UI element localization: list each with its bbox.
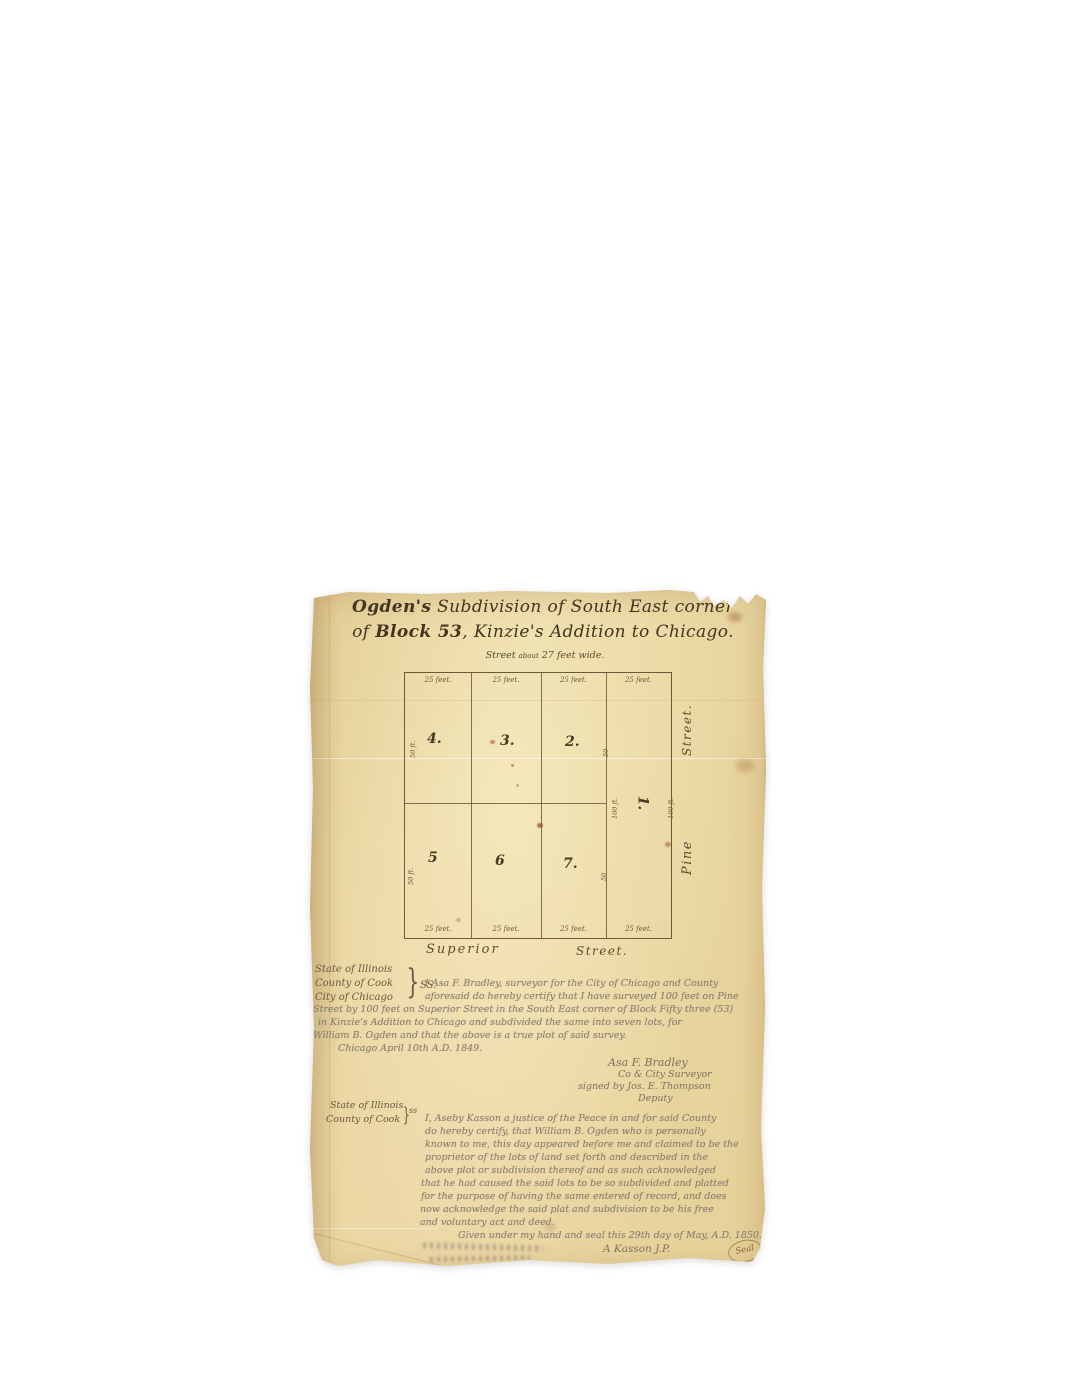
lot-depth-label: 50 ft.	[409, 741, 417, 758]
superior-street-word: Street.	[576, 944, 628, 958]
bleed-through-stamp	[430, 1255, 530, 1262]
lot-number-1: 1.	[634, 796, 650, 811]
title-ogdens: Ogden's	[352, 597, 431, 617]
certificate-text-line: for the purpose of having the same enter…	[421, 1191, 727, 1202]
surveyor-title: Co & City Surveyor	[618, 1069, 712, 1080]
title-line1-rest: Subdivision of South East corner	[437, 597, 734, 617]
certificate-text-line: that he had caused the said lots to be s…	[421, 1178, 729, 1189]
document-paper: Ogden's Subdivision of South East corner…	[308, 588, 766, 1275]
certificate-dateline: Given under my hand and seal this 29th d…	[458, 1230, 762, 1241]
ss-abbrev-2: ss	[409, 1106, 417, 1115]
title-of: of	[352, 622, 369, 642]
lot-number-2: 2.	[565, 734, 580, 750]
lot-number-6: 6	[495, 853, 505, 869]
certificate-text-line: do hereby certify, that William B. Ogden…	[425, 1126, 706, 1137]
lot-width-label: 25 feet.	[405, 676, 471, 684]
lot1-depth-label: 100 ft.	[667, 797, 675, 819]
lot-depth-label: 50 ft.	[407, 868, 415, 885]
justice-signature: A Kasson J.P.	[603, 1243, 670, 1255]
deputy-title: Deputy	[638, 1093, 673, 1104]
title-line2-rest: , Kinzie's Addition to Chicago.	[462, 622, 734, 642]
lot-width-label: 25 feet.	[606, 676, 671, 684]
jurisdiction-city: City of Chicago	[315, 992, 393, 1003]
north-street-label: Street about 27 feet wide.	[425, 650, 665, 661]
superior-street-label: Superior	[426, 942, 500, 957]
certificate-text-line: Street by 100 feet on Superior Street in…	[313, 1004, 733, 1015]
lot1-depth-label: 100 ft.	[611, 797, 619, 819]
width-note: 27 feet wide.	[542, 650, 605, 661]
deputy-signature: signed by Jos. E. Thompson	[578, 1081, 711, 1092]
lot-number-4: 4.	[427, 731, 442, 747]
certificate-text-line: I Asa F. Bradley, surveyor for the City …	[425, 978, 718, 989]
lot-width-label: 25 feet.	[471, 925, 541, 933]
scan-background: Ogden's Subdivision of South East corner…	[0, 0, 1071, 1386]
about-word: about	[519, 652, 539, 660]
document-title: Ogden's Subdivision of South East corner…	[338, 597, 748, 642]
jurisdiction-state: State of Illinois	[315, 964, 392, 975]
certificate-text-line: I, Aseby Kasson a justice of the Peace i…	[425, 1113, 716, 1124]
bottom-crease	[308, 1228, 438, 1229]
lot-boundary-line	[405, 803, 606, 804]
title-line-2: of Block 53, Kinzie's Addition to Chicag…	[338, 622, 748, 642]
surveyor-signature: Asa F. Bradley	[608, 1056, 688, 1069]
certificate-text-line: aforesaid do hereby certify that I have …	[425, 991, 739, 1002]
jurisdiction-county-2: County of Cook	[326, 1114, 400, 1125]
certificate-text-line: now acknowledge the said plat and subdiv…	[420, 1204, 714, 1215]
certificate-text-line: and voluntary act and deed.	[420, 1217, 555, 1228]
certificate-dateline: Chicago April 10th A.D. 1849.	[338, 1043, 482, 1054]
lot-number-7: 7.	[563, 856, 578, 872]
lot-boundary-line	[606, 673, 607, 938]
certificate-text-line: proprietor of the lots of land set forth…	[425, 1152, 708, 1163]
pine-street-label: Pine	[680, 840, 695, 875]
title-line-1: Ogden's Subdivision of South East corner	[338, 597, 748, 617]
street-word: Street	[486, 650, 516, 661]
jurisdiction-state-2: State of Illinois	[330, 1100, 403, 1111]
title-block-53: Block 53	[375, 622, 462, 642]
jurisdiction-brace: }	[406, 962, 419, 1002]
lot-depth-label: 50	[602, 749, 610, 757]
jurisdiction-county: County of Cook	[315, 978, 393, 989]
lot-width-label: 25 feet.	[541, 925, 606, 933]
plat-map: 25 feet. 25 feet. 25 feet. 25 feet. 25 f…	[404, 672, 672, 939]
certificate-text-line: known to me, this day appeared before me…	[425, 1139, 739, 1150]
diagonal-crease	[300, 1230, 446, 1267]
lot-number-5: 5	[428, 850, 438, 866]
certificate-text-line: in Kinzie's Addition to Chicago and subd…	[318, 1017, 682, 1028]
lot-width-label: 25 feet.	[405, 925, 471, 933]
left-edge-shading	[308, 588, 338, 1275]
lot-width-label: 25 feet.	[471, 676, 541, 684]
lot-width-label: 25 feet.	[606, 925, 671, 933]
paper-stain	[736, 760, 754, 772]
lot-number-3: 3.	[500, 733, 515, 749]
document-wrapper: Ogden's Subdivision of South East corner…	[308, 588, 766, 1275]
lot-boundary-line	[541, 673, 542, 938]
lot-width-label: 25 feet.	[541, 676, 606, 684]
certificate-text-line: William B. Ogden and that the above is a…	[313, 1030, 627, 1041]
bleed-through-stamp	[423, 1242, 543, 1251]
pine-street-word: Street.	[680, 704, 694, 756]
lot-depth-label: 50	[600, 873, 608, 881]
vertical-fold-crease	[329, 588, 330, 1275]
certificate-text-line: above plot or subdivision thereof and as…	[425, 1165, 716, 1176]
lot-boundary-line	[471, 673, 472, 938]
